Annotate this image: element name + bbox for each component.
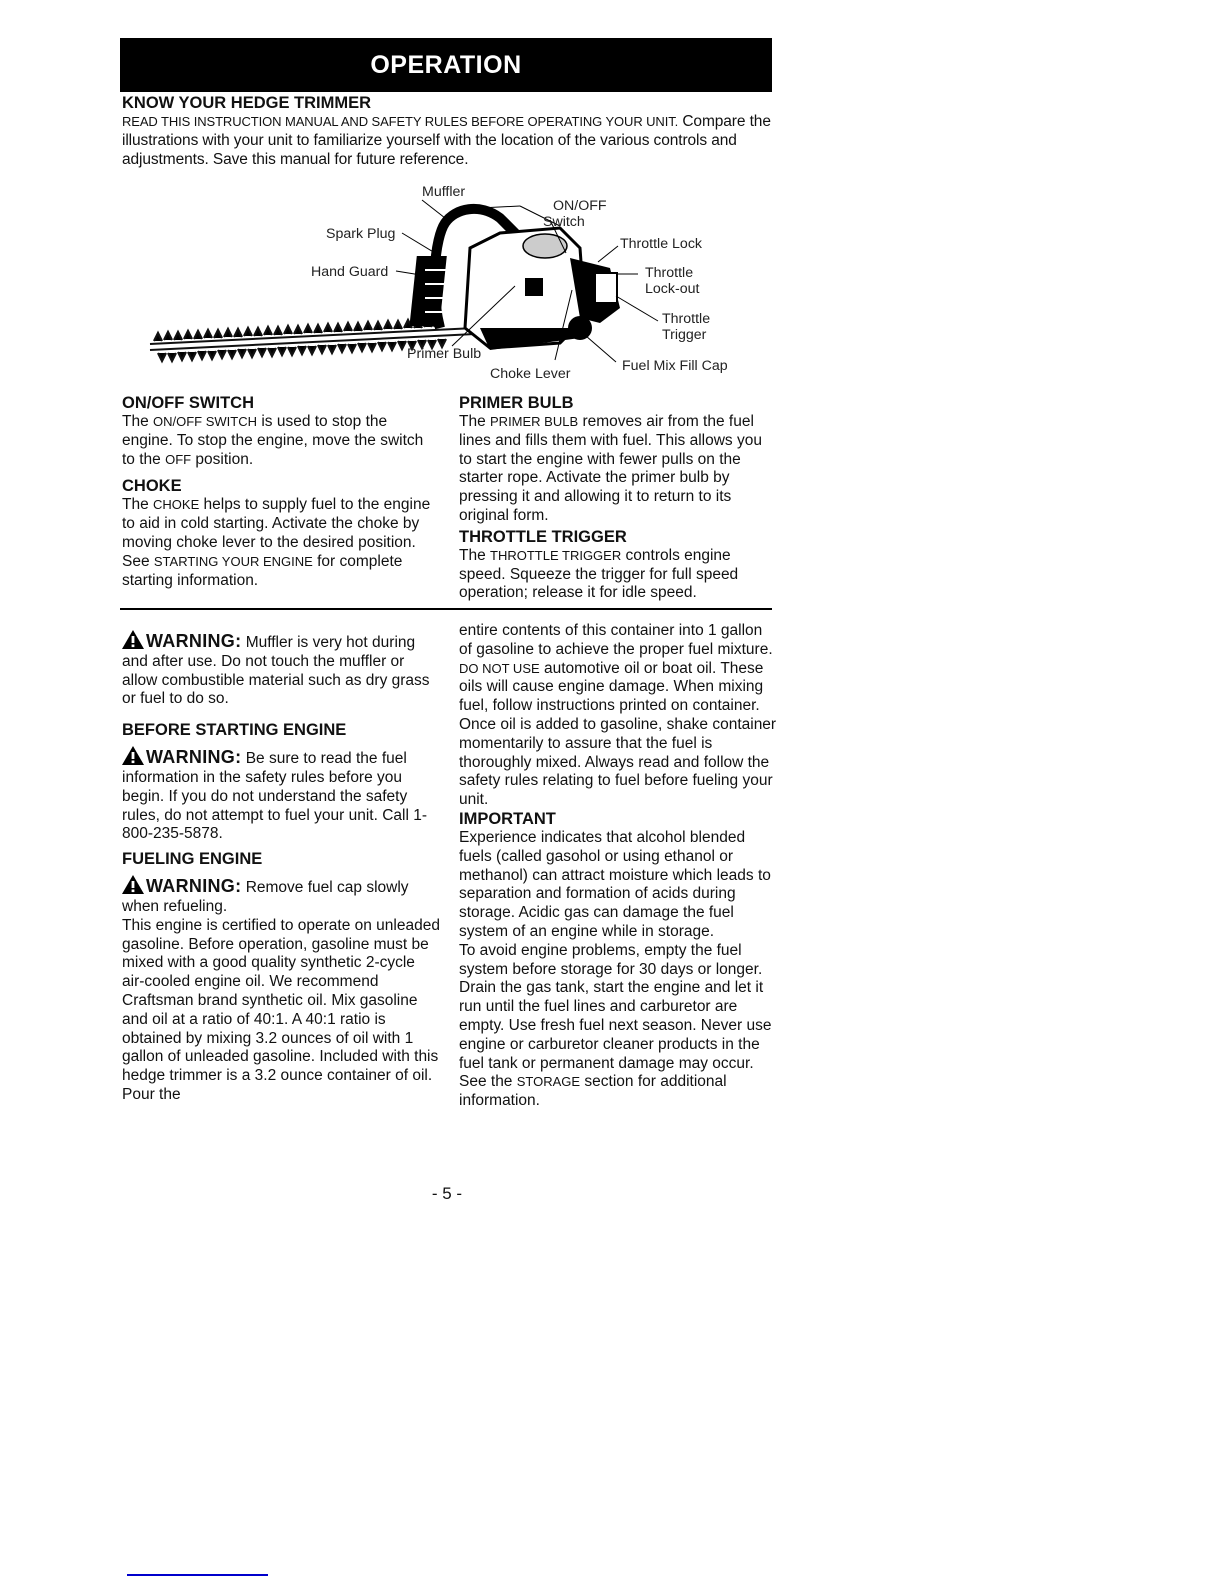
hedge-trimmer-diagram: Muffler ON/OFF Switch Spark Plug Throttl… <box>140 178 760 390</box>
label-throttle-trigger-line1: Throttle <box>662 311 710 327</box>
page-number: - 5 - <box>0 1184 894 1204</box>
label-throttle-trigger-line2: Trigger <box>662 327 706 343</box>
section-title: OPERATION <box>370 51 521 80</box>
label-fuel-cap: Fuel Mix Fill Cap <box>622 358 728 374</box>
intro-heading: KNOW YOUR HEDGE TRIMMER <box>122 94 772 113</box>
label-primer-bulb: Primer Bulb <box>407 346 481 362</box>
bottom-right-column: entire contents of this container into 1… <box>459 622 777 1111</box>
important-text-1: Experience indicates that alcohol blende… <box>459 829 777 942</box>
warning-triangle-icon <box>122 746 144 765</box>
bottom-left-column: WARNING: Muffler is very hot during and … <box>122 630 440 1105</box>
section-banner: OPERATION <box>120 38 772 92</box>
label-throttle-lockout-line1: Throttle <box>645 265 693 281</box>
label-choke-lever: Choke Lever <box>490 366 570 382</box>
fueling-continued: entire contents of this container into 1… <box>459 622 777 810</box>
label-onoff-line1: ON/OFF <box>553 198 607 214</box>
top-right-column: PRIMER BULB The PRIMER BULB removes air … <box>459 394 777 603</box>
intro-text: READ THIS INSTRUCTION MANUAL AND SAFETY … <box>122 113 772 169</box>
muffler-warning: WARNING: Muffler is very hot during and … <box>122 630 440 709</box>
label-throttle-lock: Throttle Lock <box>620 236 702 252</box>
primer-text: The PRIMER BULB removes air from the fue… <box>459 413 777 526</box>
label-throttle-lockout-line2: Lock-out <box>645 281 699 297</box>
throttle-text: The THROTTLE TRIGGER controls engine spe… <box>459 547 777 603</box>
fueling-warning: WARNING: Remove fuel cap slowly when ref… <box>122 875 440 917</box>
before-starting-warning: WARNING: Be sure to read the fuel inform… <box>122 746 440 844</box>
section-divider <box>120 608 772 610</box>
label-onoff-line2: Switch <box>543 214 585 230</box>
onoff-heading: ON/OFF SWITCH <box>122 394 440 413</box>
before-starting-heading: BEFORE STARTING ENGINE <box>122 721 440 740</box>
fueling-body: This engine is certified to operate on u… <box>122 917 440 1105</box>
important-heading: IMPORTANT <box>459 810 777 829</box>
throttle-heading: THROTTLE TRIGGER <box>459 528 777 547</box>
label-hand-guard: Hand Guard <box>311 264 388 280</box>
warning-triangle-icon <box>122 630 144 649</box>
link-underline[interactable] <box>127 1574 268 1576</box>
label-muffler: Muffler <box>422 184 465 200</box>
top-left-column: ON/OFF SWITCH The ON/OFF SWITCH is used … <box>122 394 440 590</box>
warning-triangle-icon <box>122 875 144 894</box>
important-text-2: To avoid engine problems, empty the fuel… <box>459 942 777 1111</box>
intro-block: KNOW YOUR HEDGE TRIMMER READ THIS INSTRU… <box>122 94 772 169</box>
label-spark-plug: Spark Plug <box>326 226 395 242</box>
choke-heading: CHOKE <box>122 477 440 496</box>
fueling-heading: FUELING ENGINE <box>122 850 440 869</box>
primer-heading: PRIMER BULB <box>459 394 777 413</box>
onoff-text: The ON/OFF SWITCH is used to stop the en… <box>122 413 440 469</box>
choke-text: The CHOKE helps to supply fuel to the en… <box>122 496 440 590</box>
